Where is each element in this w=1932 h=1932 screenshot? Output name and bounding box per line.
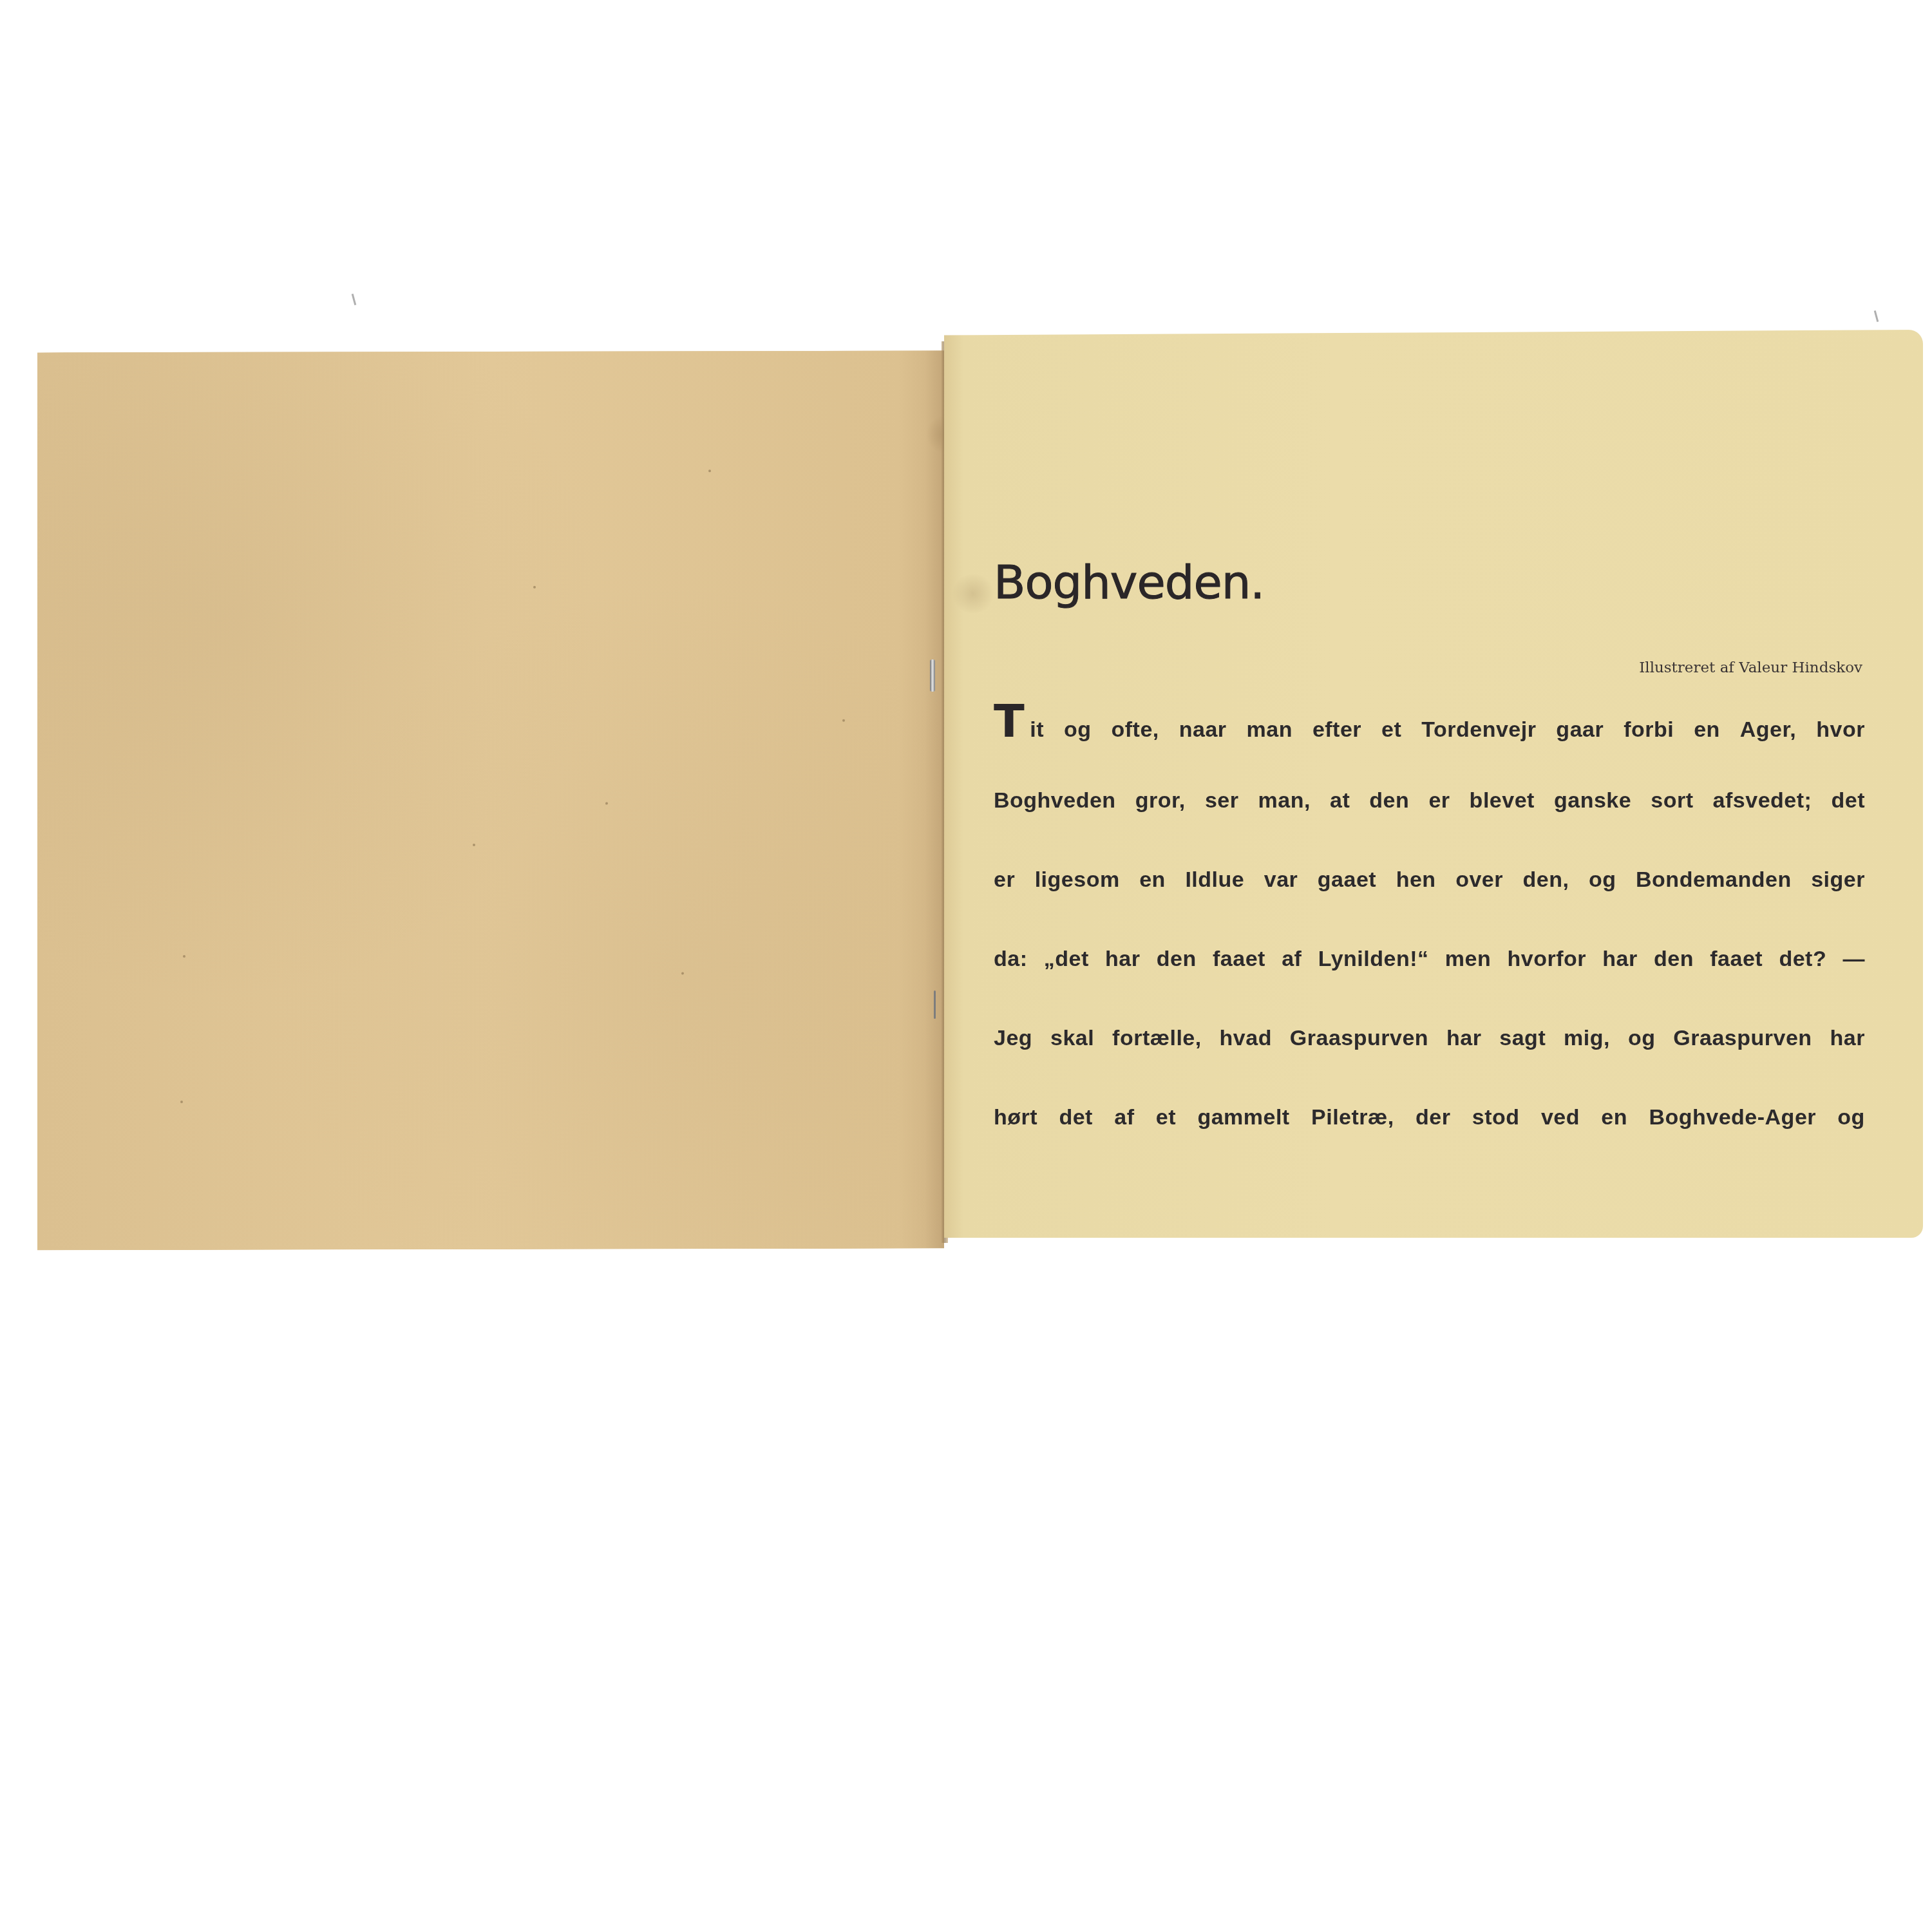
text-line-words: Titogofte,naarmanefteretTordenvejrgaarfo…: [994, 702, 1865, 749]
word: et: [1381, 710, 1401, 749]
word: er: [994, 860, 1015, 899]
text-line-words: Jegskalfortælle,hvadGraaspurvenharsagtmi…: [994, 1019, 1865, 1057]
paper-speck: [708, 469, 711, 472]
word: man,: [1258, 781, 1311, 820]
word: efter: [1312, 710, 1361, 749]
word: et: [1156, 1098, 1176, 1137]
word: af: [1282, 940, 1302, 978]
word: blevet: [1470, 781, 1535, 820]
word: da:: [994, 940, 1028, 978]
word: har: [1446, 1019, 1481, 1057]
word: Tit: [994, 702, 1044, 749]
word: „det: [1044, 940, 1089, 978]
text-line-words: erligesomenIldluevargaaethenoverden,ogBo…: [994, 860, 1865, 899]
word: Tordenvejr: [1421, 710, 1536, 749]
word: gaaet: [1318, 860, 1376, 899]
word: og: [1837, 1098, 1865, 1137]
word: men: [1445, 940, 1491, 978]
word: stod: [1472, 1098, 1520, 1137]
paper-stain: [951, 574, 996, 613]
story-title: Boghveden.: [994, 555, 1264, 609]
text-line: erligesomenIldluevargaaethenoverden,ogBo…: [994, 860, 1865, 940]
text-line: hørtdetafetgammeltPiletræ,derstodvedenBo…: [994, 1098, 1865, 1177]
text-line-words: hørtdetafetgammeltPiletræ,derstodvedenBo…: [994, 1098, 1865, 1137]
word: og: [1628, 1019, 1656, 1057]
paper-speck: [473, 844, 475, 846]
word: —: [1842, 940, 1865, 978]
word: forbi: [1624, 710, 1674, 749]
word: faaet: [1213, 940, 1265, 978]
paper-speck: [842, 719, 845, 722]
word: det?: [1779, 940, 1826, 978]
word: faaet: [1710, 940, 1763, 978]
left-page-blank: [37, 351, 944, 1251]
stray-mark: [352, 294, 357, 305]
word: Graaspurven: [1290, 1019, 1428, 1057]
text-line: da:„dethardenfaaetafLynilden!“menhvorfor…: [994, 940, 1865, 1019]
word: ligesom: [1035, 860, 1120, 899]
word: Boghveden: [994, 781, 1116, 820]
word: den,: [1523, 860, 1569, 899]
open-booklet: Boghveden. Illustreret af Valeur Hindsko…: [0, 0, 1932, 1932]
word: hvor: [1816, 710, 1865, 749]
word: man: [1247, 710, 1293, 749]
word: hen: [1396, 860, 1436, 899]
word: over: [1455, 860, 1503, 899]
word: en: [1139, 860, 1166, 899]
word: og: [1064, 710, 1092, 749]
paper-speck: [533, 586, 536, 589]
word: har: [1602, 940, 1637, 978]
story-body: Titogofte,naarmanefteretTordenvejrgaarfo…: [994, 702, 1865, 1177]
paper-speck: [605, 802, 608, 805]
word: at: [1330, 781, 1350, 820]
word: skal: [1050, 1019, 1094, 1057]
word: hvorfor: [1508, 940, 1587, 978]
text-line: Boghvedengror,serman,atdenerblevetganske…: [994, 781, 1865, 860]
word: den: [1654, 940, 1694, 978]
word: Lynilden!“: [1318, 940, 1429, 978]
word: det: [1831, 781, 1865, 820]
paper-speck: [180, 1101, 183, 1103]
word: sort: [1651, 781, 1693, 820]
word: en: [1601, 1098, 1627, 1137]
word: har: [1105, 940, 1140, 978]
word: Graaspurven: [1673, 1019, 1812, 1057]
paper-speck: [183, 955, 185, 958]
word: ganske: [1554, 781, 1631, 820]
word: Bondemanden: [1636, 860, 1792, 899]
word: hørt: [994, 1098, 1037, 1137]
word: den: [1369, 781, 1409, 820]
word: det: [1059, 1098, 1093, 1137]
word: ofte,: [1111, 710, 1159, 749]
paper-speck: [681, 972, 684, 974]
word: en: [1694, 710, 1720, 749]
word: den: [1157, 940, 1197, 978]
word: sagt: [1499, 1019, 1546, 1057]
word: Ildlue: [1185, 860, 1244, 899]
word: Ager,: [1740, 710, 1797, 749]
staple: [934, 990, 936, 1019]
drop-cap: T: [994, 695, 1025, 748]
text-line-words: da:„dethardenfaaetafLynilden!“menhvorfor…: [994, 940, 1865, 978]
word: hvad: [1220, 1019, 1272, 1057]
word: der: [1416, 1098, 1450, 1137]
word: Piletræ,: [1311, 1098, 1394, 1137]
word: mig,: [1564, 1019, 1610, 1057]
word: siger: [1811, 860, 1865, 899]
word: Jeg: [994, 1019, 1032, 1057]
word: afsvedet;: [1713, 781, 1812, 820]
text-line: Jegskalfortælle,hvadGraaspurvenharsagtmi…: [994, 1019, 1865, 1098]
word: ved: [1541, 1098, 1580, 1137]
text-line: Titogofte,naarmanefteretTordenvejrgaarfo…: [994, 702, 1865, 781]
word: var: [1264, 860, 1298, 899]
word: har: [1830, 1019, 1865, 1057]
illustrator-credit: Illustreret af Valeur Hindskov: [1546, 659, 1862, 676]
word: gaar: [1556, 710, 1604, 749]
text-line-words: Boghvedengror,serman,atdenerblevetganske…: [994, 781, 1865, 820]
word: gammelt: [1197, 1098, 1289, 1137]
word: er: [1428, 781, 1450, 820]
stray-mark: [1874, 310, 1879, 322]
word: fortælle,: [1112, 1019, 1202, 1057]
staple: [930, 659, 935, 692]
word: gror,: [1135, 781, 1186, 820]
word: af: [1114, 1098, 1134, 1137]
word: Boghvede-Ager: [1649, 1098, 1816, 1137]
word: naar: [1179, 710, 1227, 749]
word: og: [1589, 860, 1616, 899]
word: ser: [1205, 781, 1239, 820]
